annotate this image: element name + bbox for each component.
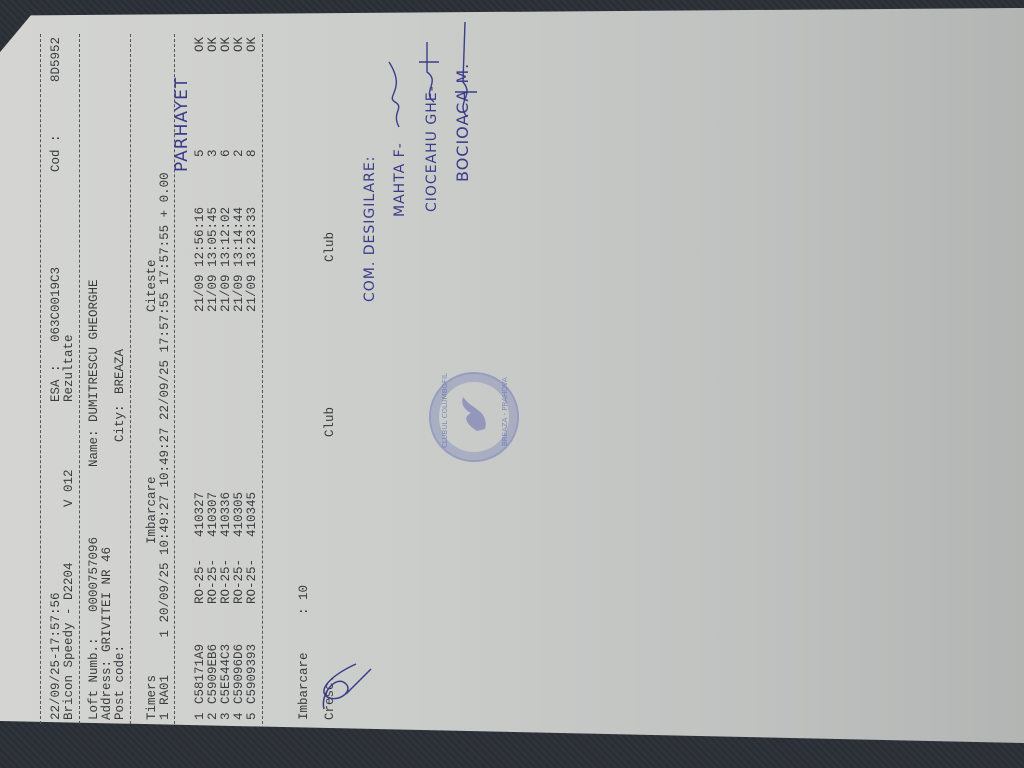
club-stamp: CLUBUL COLUMBOFIL BREAZA - PRAHOVA (429, 372, 519, 462)
imbarcare-total: Imbarcare : 10 (298, 585, 311, 720)
result-ring: RO-25- (246, 559, 259, 604)
result-status: OK (194, 37, 207, 52)
esa-label: ESA : (50, 364, 63, 402)
result-date: 21/09 (207, 274, 220, 312)
race-results-printout: 22/09/25-17:57:56 ESA : 063C0019C3 Cod :… (34, 12, 654, 732)
device-name: Bricon Speedy - D2204 (63, 562, 76, 720)
result-date: 21/09 (220, 274, 233, 312)
result-time: 13:14:44 (233, 207, 246, 267)
result-no: 5 (246, 712, 259, 720)
cod-value: 8D5952 (50, 37, 63, 82)
result-time: 13:23:33 (246, 207, 259, 267)
result-chip: C59096D6 (233, 644, 246, 704)
loft-label: Loft Numb.: (88, 637, 101, 720)
result-no: 1 (194, 712, 207, 720)
city-label: City: (114, 404, 127, 442)
city-value: BREAZA (114, 349, 127, 394)
handwritten-title: PARHAYET (176, 77, 189, 172)
handwritten-commission: COM. DESIGILARE: (364, 156, 377, 302)
result-number: 410336 (220, 492, 233, 537)
result-status: OK (207, 37, 220, 52)
result-number: 410345 (246, 492, 259, 537)
result-pos: 2 (233, 149, 246, 157)
result-chip: C5909393 (246, 644, 259, 704)
result-time: 13:12:02 (220, 207, 233, 267)
result-status: OK (246, 37, 259, 52)
postcode-label: Post code: (114, 645, 127, 720)
result-ring: RO-25- (194, 559, 207, 604)
club-signature-label: Club (324, 407, 337, 437)
name-label: Name: (88, 429, 101, 467)
result-no: 4 (233, 712, 246, 720)
result-no: 3 (220, 712, 233, 720)
citeste-label: Citeste (146, 259, 159, 312)
document-title: Rezultate (63, 334, 76, 402)
result-time: 12:56:16 (194, 207, 207, 267)
result-date: 21/09 (233, 274, 246, 312)
result-status: OK (233, 37, 246, 52)
divider (262, 34, 263, 724)
result-number: 410327 (194, 492, 207, 537)
loft-value: 0000757096 (88, 537, 101, 612)
handwritten-member: MAHTA F- (394, 142, 407, 217)
imbarcare-label: Imbarcare (146, 476, 159, 544)
dove-icon (457, 395, 493, 435)
result-chip: C5909EB6 (207, 644, 220, 704)
divider (40, 34, 41, 724)
device-version: V 012 (63, 469, 76, 507)
result-number: 410305 (233, 492, 246, 537)
result-number: 410307 (207, 492, 220, 537)
club-stamp-label: Club (324, 232, 337, 262)
result-pos: 8 (246, 149, 259, 157)
result-time: 13:05:45 (207, 207, 220, 267)
result-chip: C5E544C3 (220, 644, 233, 704)
commission-signatures (379, 12, 499, 132)
result-date: 21/09 (246, 274, 259, 312)
divider (130, 34, 131, 724)
result-pos: 6 (220, 149, 233, 157)
stamp-bottom-text: BREAZA - PRAHOVA (499, 377, 512, 446)
stamp-top-text: CLUBUL COLUMBOFIL (439, 373, 452, 448)
result-ring: RO-25- (207, 559, 220, 604)
result-no: 2 (207, 712, 220, 720)
result-pos: 5 (194, 149, 207, 157)
result-ring: RO-25- (233, 559, 246, 604)
breeder-signature (316, 654, 376, 714)
result-chip: C58171A9 (194, 644, 207, 704)
cod-label: Cod : (50, 134, 63, 172)
result-status: OK (220, 37, 233, 52)
result-ring: RO-25- (220, 559, 233, 604)
esa-value: 063C0019C3 (50, 267, 63, 342)
address-label: Address: (101, 660, 114, 720)
result-date: 21/09 (194, 274, 207, 312)
timers-label: Timers (146, 675, 159, 720)
name-value: DUMITRESCU GHEORGHE (88, 279, 101, 422)
address-value: GRIVITEI NR 46 (101, 547, 114, 652)
header-datetime: 22/09/25-17:57:56 (50, 592, 63, 720)
divider (79, 34, 80, 724)
result-pos: 3 (207, 149, 220, 157)
timer-row: 1 RA01 1 20/09/25 10:49:27 10:49:27 22/0… (159, 172, 172, 720)
